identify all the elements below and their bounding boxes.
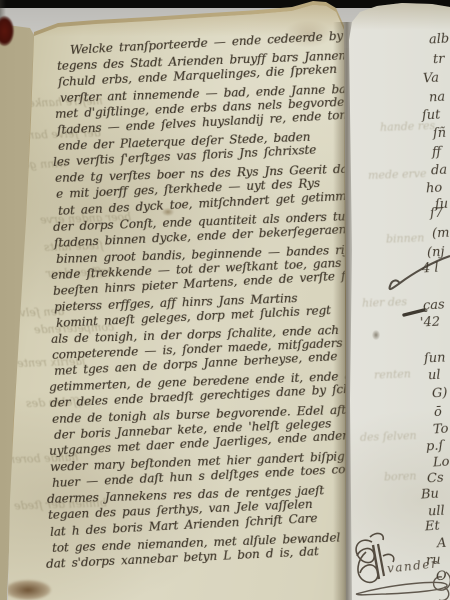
right-page-text-fragment: na bbox=[429, 91, 446, 105]
right-page-text-fragment: ſun bbox=[424, 351, 446, 365]
right-page-text-fragment: Cs bbox=[427, 472, 444, 486]
right-page-text-fragment: ſñ bbox=[432, 127, 446, 141]
signature-name: vander bbox=[386, 556, 438, 575]
right-page-text-fragment: (nj bbox=[426, 246, 444, 260]
right-bleedthrough-line: mede erve bbox=[368, 167, 427, 182]
right-page-text-fragment: Va bbox=[423, 72, 440, 86]
right-page-text-fragment: A bbox=[436, 537, 446, 550]
right-page-text-fragment: ho bbox=[425, 182, 442, 196]
foxing-spot bbox=[162, 208, 174, 216]
right-page-text-fragment: ſut bbox=[421, 109, 440, 123]
right-page-text-fragment: 4 l bbox=[422, 262, 439, 276]
stain-bottom-left bbox=[5, 580, 51, 600]
right-page-text-fragment: (m bbox=[431, 227, 449, 241]
right-page-text-fragment: ſ7 bbox=[430, 207, 444, 221]
right-page-text-fragment: O bbox=[436, 570, 447, 584]
right-page-text-fragment: p.ſ bbox=[425, 440, 443, 454]
right-page-text-fragment: tr bbox=[432, 53, 444, 67]
right-bleedthrough-line: binnen bbox=[386, 231, 425, 245]
right-page-text-fragment: ff bbox=[431, 146, 441, 159]
right-page-text-fragment: To bbox=[432, 423, 448, 437]
right-page-text-fragment: Et bbox=[425, 520, 440, 534]
right-bleedthrough-line: boren bbox=[384, 469, 417, 483]
manuscript-photo: meſtre hanke dender ſelve bandeswinn gel… bbox=[0, 0, 450, 600]
right-bleedthrough-line: renten bbox=[374, 367, 411, 381]
right-page-text-fragment: '42 bbox=[420, 315, 441, 329]
right-page-text-fragment: alb bbox=[428, 32, 449, 46]
right-page-text-fragment: ō bbox=[434, 406, 442, 419]
right-page-text-fragment: Bu bbox=[421, 488, 440, 502]
right-page-text-fragment: da bbox=[431, 164, 448, 178]
right-page-text-fragment: Lo bbox=[432, 456, 449, 470]
right-bleedthrough-line: hier des bbox=[362, 295, 408, 310]
right-page-text-fragment: G) bbox=[431, 387, 447, 401]
right-page-text-fragment: ul bbox=[428, 369, 441, 383]
foxing-spot bbox=[372, 330, 380, 340]
right-page-text-fragment: ull bbox=[428, 505, 445, 519]
right-bleedthrough-line: des ſelven bbox=[360, 429, 417, 444]
right-page-text-fragment: ças bbox=[423, 298, 445, 312]
